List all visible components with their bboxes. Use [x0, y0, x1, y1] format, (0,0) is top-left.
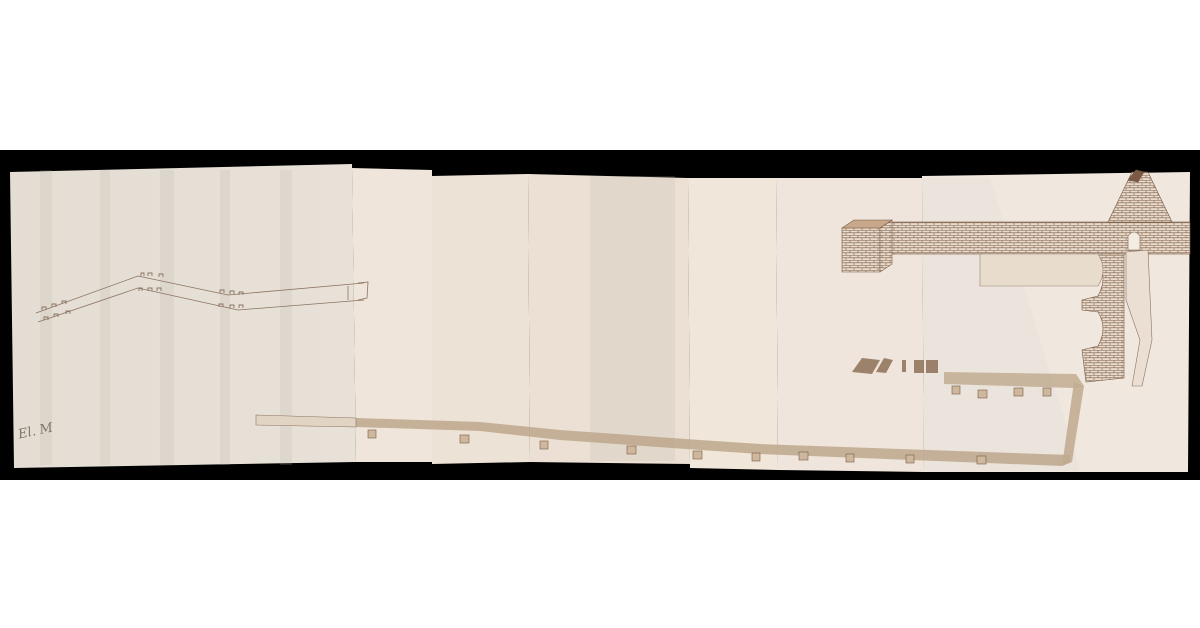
sheet-3 — [432, 174, 530, 464]
paper-sheets — [10, 164, 1190, 472]
sheet-2 — [352, 168, 432, 462]
manuscript-drawing — [0, 150, 1200, 480]
sheet-5 — [688, 178, 778, 470]
